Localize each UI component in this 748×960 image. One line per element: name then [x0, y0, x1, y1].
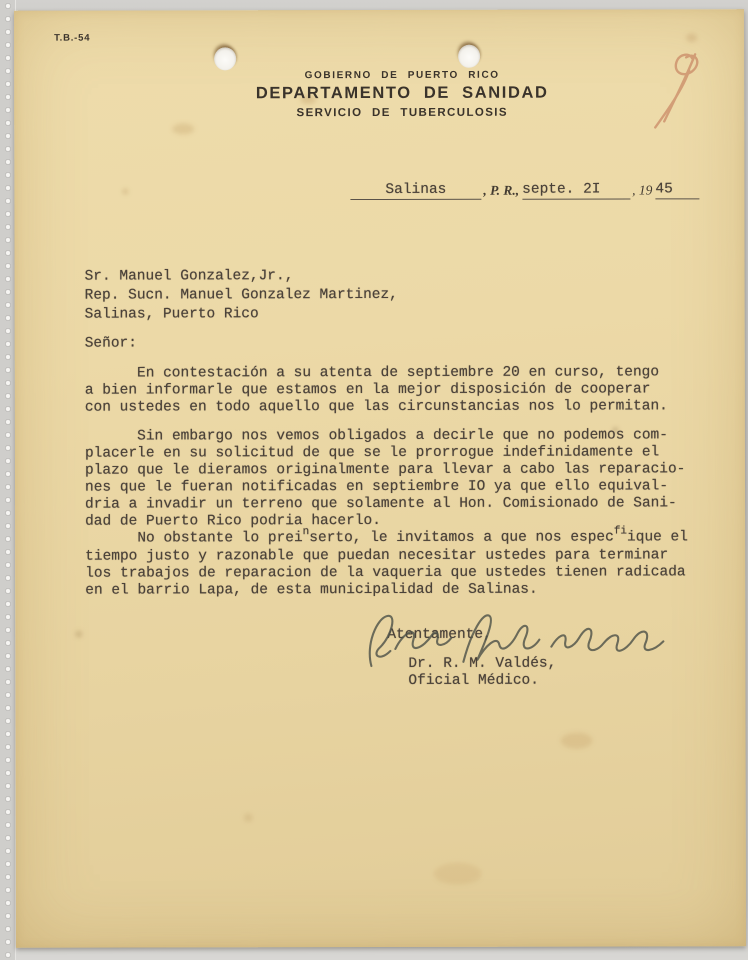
salutation: Señor:: [85, 336, 137, 353]
paper-stain: [434, 863, 482, 885]
paragraph-2: Sin embargo nos vemos obligados a decirl…: [85, 427, 703, 530]
typed-place: Salinas: [385, 182, 446, 198]
typed-correction-n: n: [303, 526, 310, 538]
recipient-address: Sr. Manuel Gonzalez,Jr., Rep. Sucn. Manu…: [85, 267, 398, 325]
paper-stain: [75, 631, 82, 638]
letterhead-service-line: SERVICIO DE TUBERCULOSIS: [14, 106, 748, 120]
letterhead: GOBIERNO DE PUERTO RICO DEPARTAMENTO DE …: [14, 69, 748, 120]
signature-name: Dr. R. M. Valdés,: [408, 656, 556, 673]
dateline-year-field: 45: [655, 179, 699, 199]
form-number: T.B.-54: [54, 33, 90, 44]
punch-hole-left: [214, 47, 236, 70]
signature-title: Oficial Médico.: [408, 673, 539, 690]
paragraph-3-rest: tiempo justo y razonable que puedan nece…: [85, 547, 703, 599]
printed-pr-label: , P. R.,: [481, 183, 522, 200]
paper-stain: [244, 813, 253, 822]
letterhead-department-line: DEPARTAMENTO DE SANIDAD: [14, 83, 748, 104]
paper-stain: [172, 123, 194, 134]
typed-year: 45: [655, 181, 672, 197]
dateline: Salinas, P. R.,septe. 2I, 1945: [350, 175, 699, 200]
printed-19-label: , 19: [630, 182, 655, 199]
paragraph-1: En contestación a su atenta de septiembr…: [85, 364, 703, 416]
letterhead-government-line: GOBIERNO DE PUERTO RICO: [14, 69, 748, 82]
paragraph-3-text: No obstante lo prei: [85, 530, 303, 546]
dateline-place-field: Salinas: [350, 180, 481, 200]
red-pencil-annotation: [642, 47, 714, 135]
paper-stain: [686, 33, 697, 42]
letter-paper: T.B.-54 GOBIERNO DE PUERTO RICO DEPARTAM…: [14, 9, 746, 948]
typed-date: septe. 2I: [522, 182, 600, 198]
paragraph-3: No obstante lo preinserto, le invitamos …: [85, 529, 703, 599]
dateline-date-field: septe. 2I: [522, 179, 630, 199]
paper-stain: [122, 189, 128, 195]
paper-stain: [561, 733, 593, 749]
punch-hole-right: [458, 45, 480, 68]
typed-correction-fi: fi: [614, 525, 627, 537]
paragraph-3-text: ique el: [627, 529, 688, 545]
paragraph-3-text: serto, le invitamos a que nos espec: [309, 530, 614, 547]
scanned-letter-page: { "form": { "form_number": "T.B.-54", "l…: [0, 0, 748, 960]
